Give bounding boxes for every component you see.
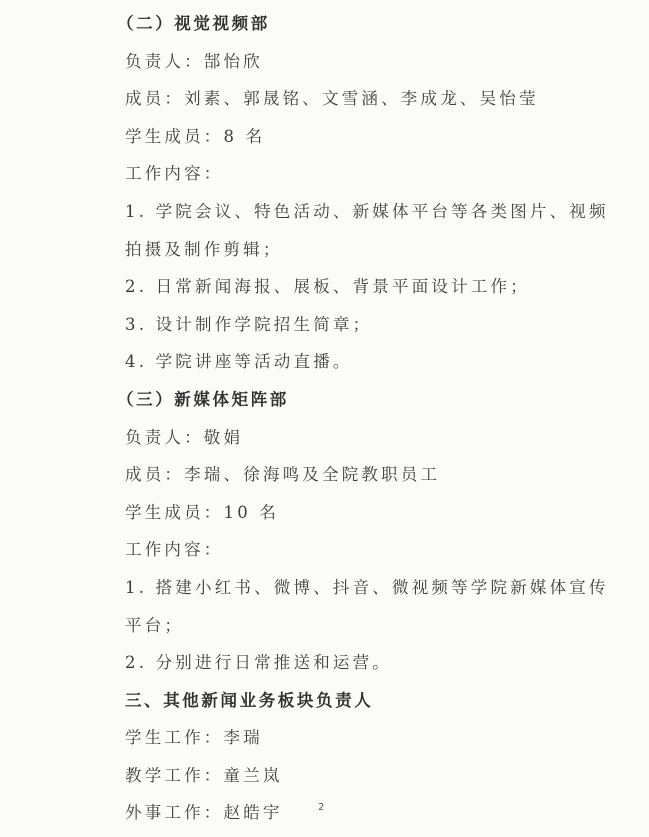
leader-line: 负责人：敬娟 bbox=[125, 419, 565, 457]
responsibility-row: 学生工作：李瑞 bbox=[125, 719, 565, 757]
student-count-line: 学生成员：10 名 bbox=[125, 494, 565, 532]
page-number: 2 bbox=[318, 802, 324, 813]
members-line: 成员：刘素、郭晟铭、文雪涵、李成龙、吴怡莹 bbox=[125, 80, 565, 118]
document-page: （二）视觉视频部 负责人：郜怡欣 成员：刘素、郭晟铭、文雪涵、李成龙、吴怡莹 学… bbox=[125, 5, 565, 832]
work-item-continuation: 平台； bbox=[125, 607, 565, 645]
work-item-continuation: 拍摄及制作剪辑； bbox=[125, 231, 565, 269]
leader-line: 负责人：郜怡欣 bbox=[125, 43, 565, 81]
section-heading-other: 三、其他新闻业务板块负责人 bbox=[125, 682, 565, 720]
work-item: 2. 日常新闻海报、展板、背景平面设计工作； bbox=[125, 268, 565, 306]
work-content-label: 工作内容： bbox=[125, 155, 565, 193]
student-count-line: 学生成员：8 名 bbox=[125, 118, 565, 156]
work-item: 3. 设计制作学院招生简章； bbox=[125, 306, 565, 344]
section-heading-visual-video: （二）视觉视频部 bbox=[117, 5, 565, 43]
work-item: 1. 搭建小红书、微博、抖音、微视频等学院新媒体宣传 bbox=[125, 569, 565, 607]
work-item: 2. 分别进行日常推送和运营。 bbox=[125, 644, 565, 682]
responsibility-row: 外事工作：赵皓宇 bbox=[125, 794, 565, 832]
section-heading-new-media: （三）新媒体矩阵部 bbox=[117, 381, 565, 419]
members-line: 成员：李瑞、徐海鸣及全院教职员工 bbox=[125, 456, 565, 494]
work-item: 4. 学院讲座等活动直播。 bbox=[125, 343, 565, 381]
work-content-label: 工作内容： bbox=[125, 531, 565, 569]
work-item: 1. 学院会议、特色活动、新媒体平台等各类图片、视频 bbox=[125, 193, 565, 231]
responsibility-row: 教学工作：童兰岚 bbox=[125, 757, 565, 795]
